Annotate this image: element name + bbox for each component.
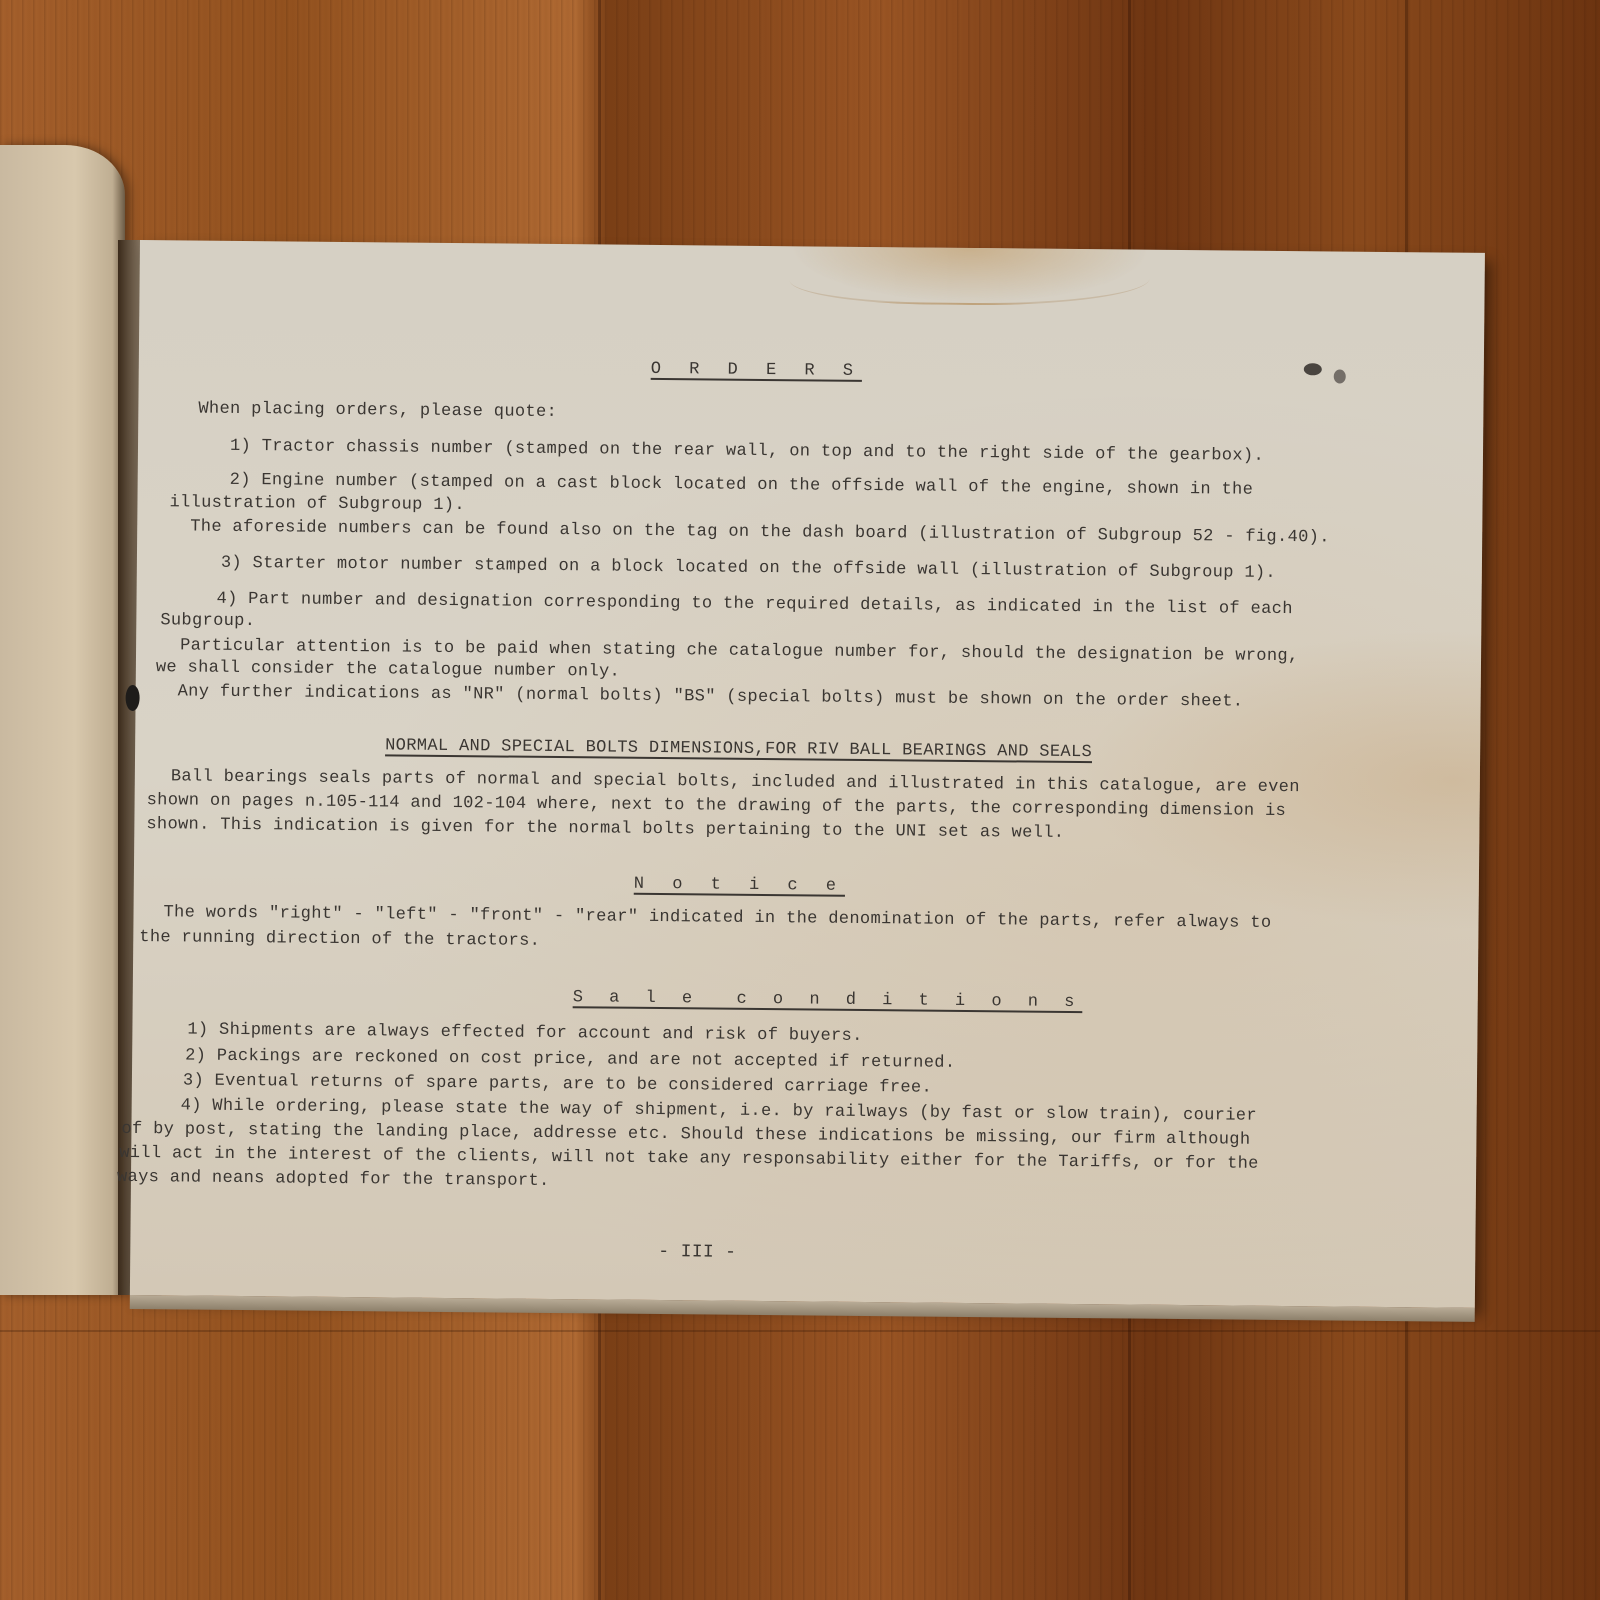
sale-conditions-heading: S a l e c o n d i t i o n s (573, 986, 1083, 1015)
page-number: - III - (658, 1240, 736, 1265)
wood-plank-line (0, 1330, 1600, 1332)
sale-item-1: 1) Shipments are always effected for acc… (187, 1018, 863, 1048)
water-stain (789, 246, 1150, 306)
notice-line-2: the running direction of the tractors. (139, 926, 540, 954)
page-stack-edge (130, 1295, 1475, 1322)
ink-spot (1334, 369, 1346, 383)
notice-heading: N o t i c e (634, 873, 845, 899)
orders-aforeside: The aforeside numbers can be found also … (190, 515, 1330, 550)
ink-spot (1304, 363, 1322, 375)
orders-further: Any further indications as "NR" (normal … (178, 680, 1244, 714)
left-page-curl (0, 145, 125, 1295)
sale-item-4-cont-3: ways and neans adopted for the transport… (117, 1166, 550, 1194)
orders-item-1: 1) Tractor chassis number (stamped on th… (230, 435, 1264, 469)
orders-item-2-cont: illustration of Subgroup 1). (169, 491, 465, 518)
orders-item-3: 3) Starter motor number stamped on a blo… (221, 552, 1276, 586)
catalogue-page: O R D E R S When placing orders, please … (130, 240, 1485, 1308)
bolts-heading: NORMAL AND SPECIAL BOLTS DIMENSIONS,FOR … (385, 734, 1092, 765)
orders-intro: When placing orders, please quote: (198, 398, 557, 425)
punch-mark (125, 685, 139, 711)
orders-item-4-cont: Subgroup. (160, 609, 255, 634)
orders-heading: O R D E R S (651, 358, 862, 384)
orders-item-4: 4) Part number and designation correspon… (216, 588, 1292, 622)
